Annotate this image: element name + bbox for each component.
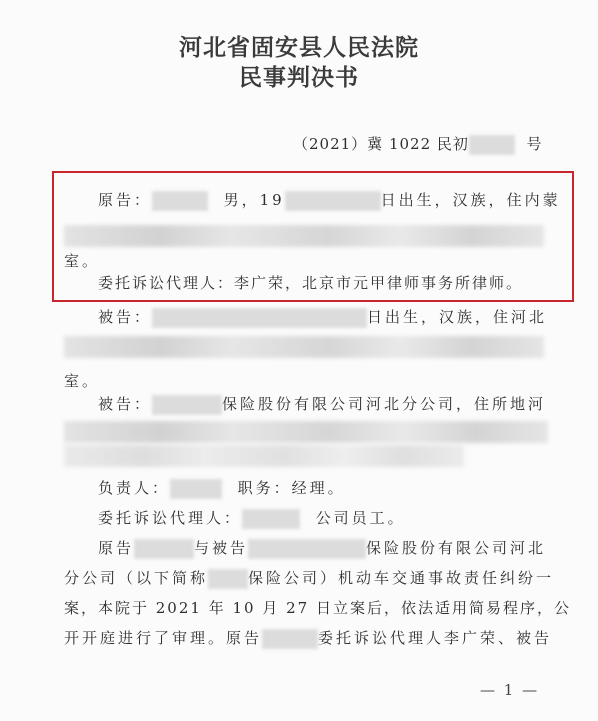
redacted-address <box>64 225 544 247</box>
redacted <box>152 395 222 415</box>
plaintiff-room: 室。 <box>64 250 100 272</box>
redacted <box>152 308 367 328</box>
manager-line: 负责人： 职务：经理。 <box>98 477 346 499</box>
redacted <box>152 191 208 211</box>
redacted-address <box>64 336 544 358</box>
redacted <box>285 191 381 211</box>
plaintiff-agent: 委托诉讼代理人：李广荣，北京市元甲律师事务所律师。 <box>98 272 523 294</box>
body-line-4: 开开庭进行了审理。原告委托诉讼代理人李广荣、被告 <box>64 627 552 649</box>
redacted-address <box>64 445 464 467</box>
redacted <box>170 479 222 499</box>
body-line-3: 案，本院于 2021 年 10 月 27 日立案后，依法适用简易程序，公 <box>64 597 571 619</box>
redacted <box>242 509 300 529</box>
defendant2-agent-line: 委托诉讼代理人： 公司员工。 <box>98 507 406 529</box>
plaintiff-line: 原告： 男，19日出生，汉族，住内蒙 <box>98 189 561 211</box>
redacted <box>248 539 366 559</box>
redacted <box>208 569 248 589</box>
redacted <box>469 135 515 155</box>
page-number: — 1 — <box>480 681 539 699</box>
case-number: （2021）冀 1022 民初 号 <box>293 133 542 155</box>
document-type: 民事判决书 <box>0 59 598 92</box>
redacted <box>262 629 318 649</box>
body-line-1: 原告与被告保险股份有限公司河北 <box>98 537 546 559</box>
court-name: 河北省固安县人民法院 <box>0 29 598 62</box>
defendant1-room: 室。 <box>64 370 100 392</box>
redacted <box>134 539 194 559</box>
defendant2-line: 被告：保险股份有限公司河北分公司，住所地河 <box>98 393 546 415</box>
defendant1-line: 被告：日出生，汉族，住河北 <box>98 306 547 328</box>
body-line-2: 分公司（以下简称保险公司）机动车交通事故责任纠纷一 <box>64 567 554 589</box>
redacted-address <box>64 421 548 443</box>
